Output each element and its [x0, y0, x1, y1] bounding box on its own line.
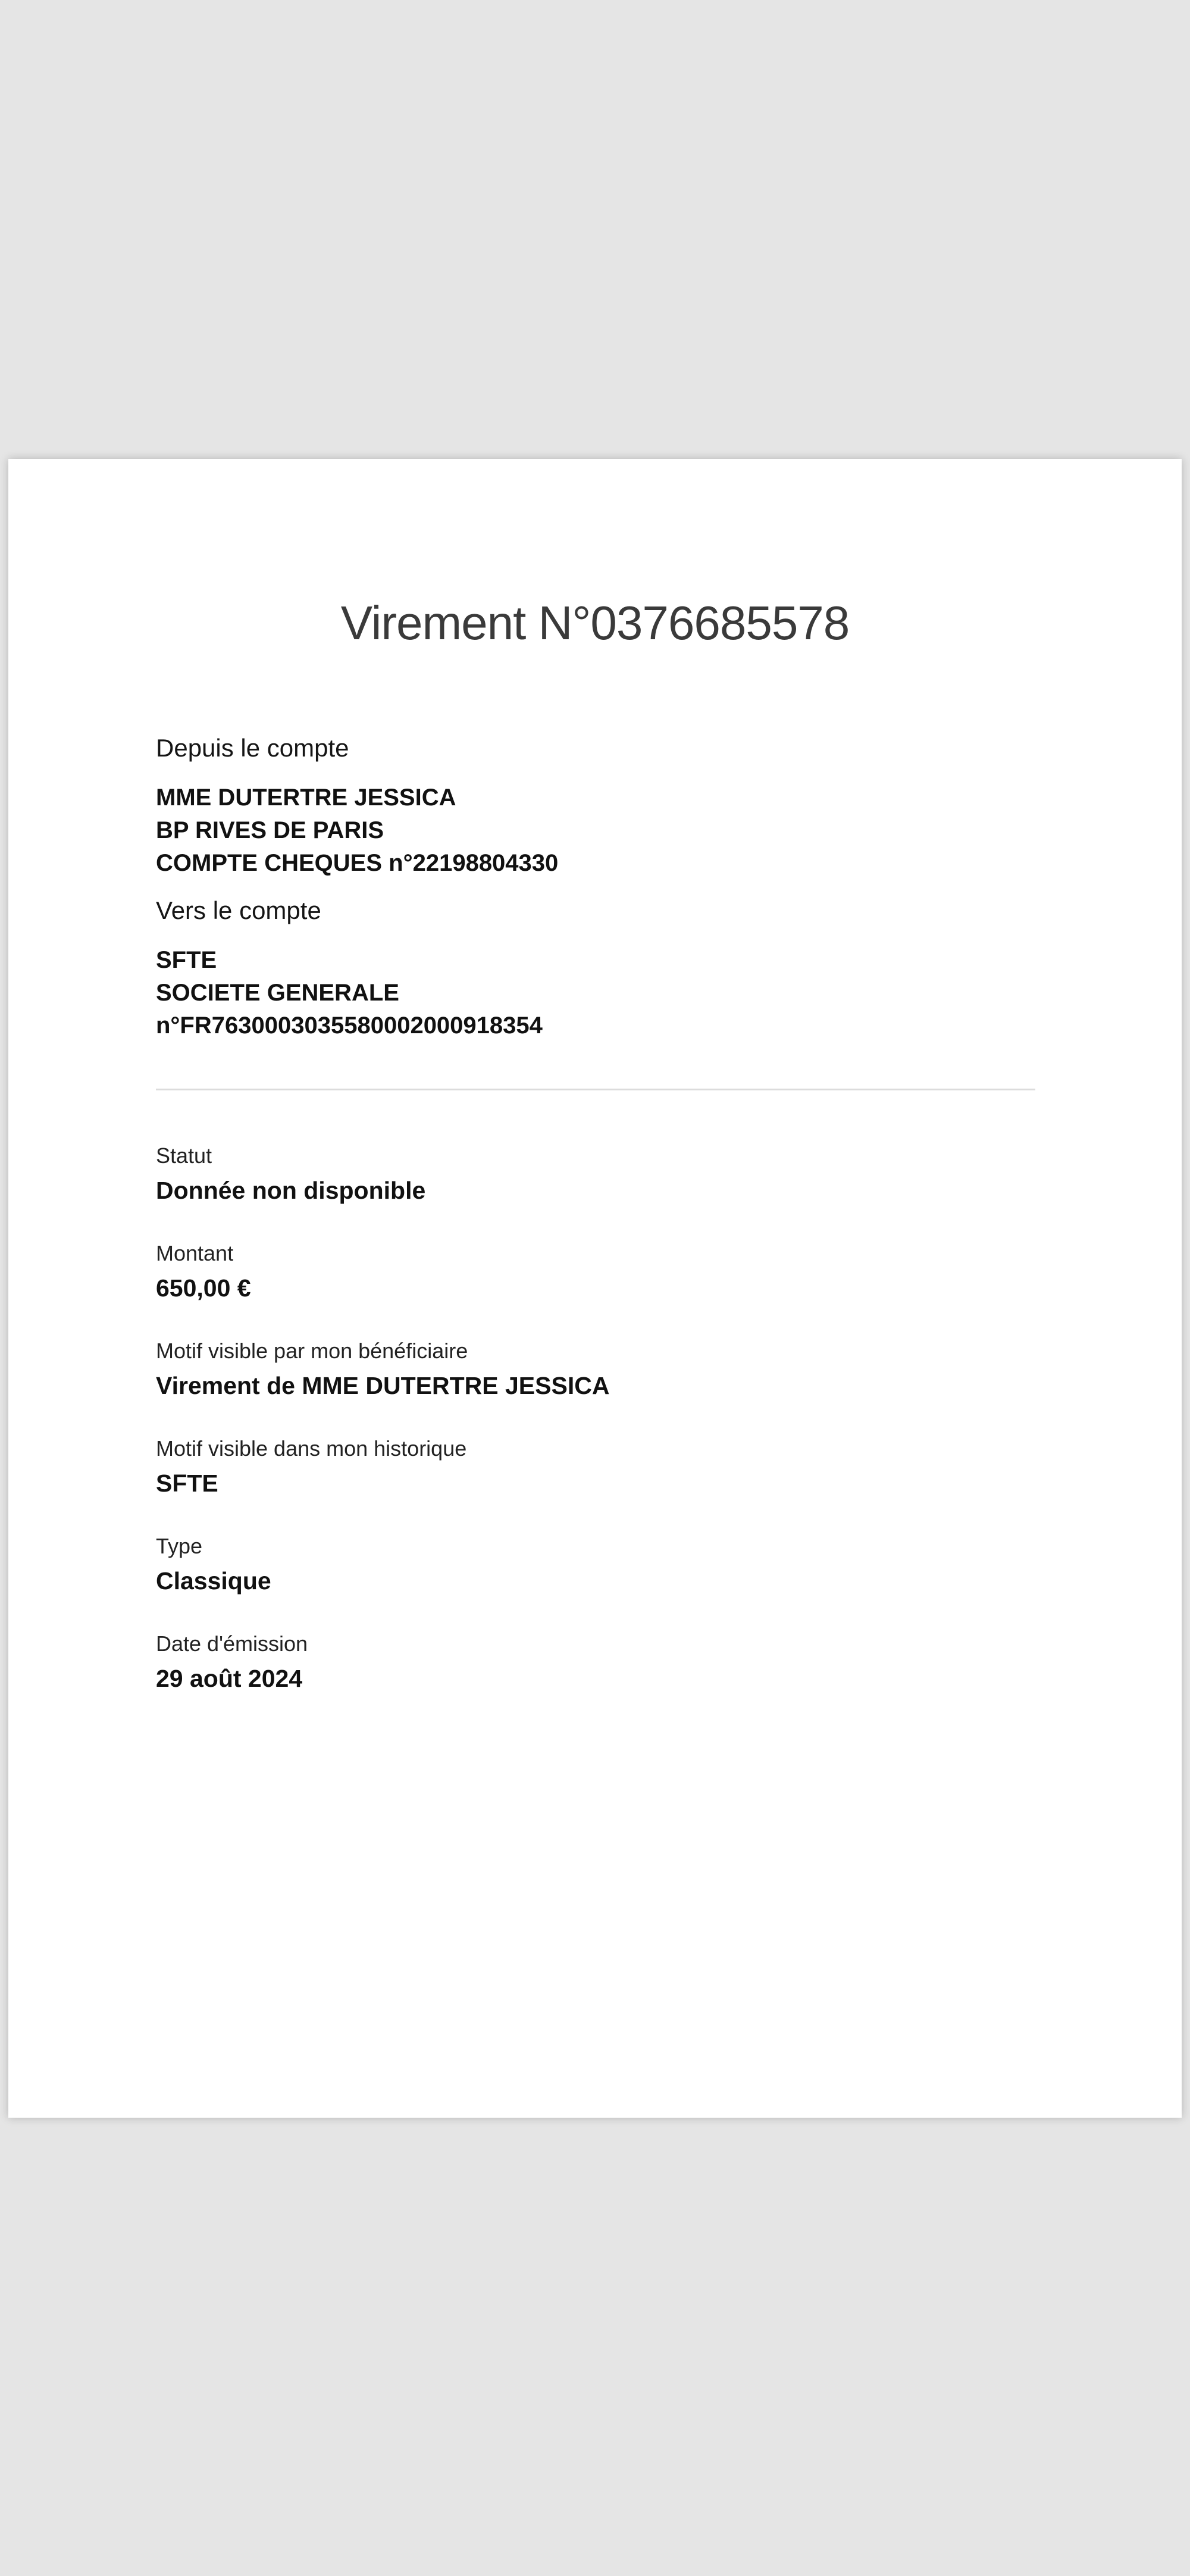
from-account-holder: MME DUTERTRE JESSICA [156, 781, 1035, 814]
detail-label: Motif visible dans mon historique [156, 1436, 1035, 1462]
section-divider [156, 1089, 1035, 1090]
detail-label: Montant [156, 1240, 1035, 1267]
detail-value: 29 août 2024 [156, 1663, 1035, 1694]
transfer-title: Virement N°0376685578 [8, 596, 1182, 651]
detail-status: Statut Donnée non disponible [156, 1143, 1035, 1206]
from-account-bank: BP RIVES DE PARIS [156, 814, 1035, 847]
transfer-content: Depuis le compte MME DUTERTRE JESSICA BP… [156, 733, 1035, 1728]
to-account-bank: SOCIETE GENERALE [156, 977, 1035, 1009]
transfer-details: Statut Donnée non disponible Montant 650… [156, 1143, 1035, 1694]
detail-value: SFTE [156, 1468, 1035, 1499]
detail-value: Virement de MME DUTERTRE JESSICA [156, 1370, 1035, 1401]
detail-value: 650,00 € [156, 1273, 1035, 1303]
detail-label: Type [156, 1533, 1035, 1559]
document-page: Virement N°0376685578 Depuis le compte M… [8, 459, 1182, 2118]
from-account-number: COMPTE CHEQUES n°22198804330 [156, 847, 1035, 880]
detail-amount: Montant 650,00 € [156, 1240, 1035, 1303]
to-account-heading: Vers le compte [156, 895, 1035, 926]
detail-value: Classique [156, 1565, 1035, 1596]
from-account-details: MME DUTERTRE JESSICA BP RIVES DE PARIS C… [156, 781, 1035, 880]
detail-label: Motif visible par mon bénéficiaire [156, 1338, 1035, 1364]
detail-type: Type Classique [156, 1533, 1035, 1596]
detail-label: Statut [156, 1143, 1035, 1169]
from-account-section: Depuis le compte MME DUTERTRE JESSICA BP… [156, 733, 1035, 880]
from-account-heading: Depuis le compte [156, 733, 1035, 764]
to-account-section: Vers le compte SFTE SOCIETE GENERALE n°F… [156, 895, 1035, 1042]
detail-history-reason: Motif visible dans mon historique SFTE [156, 1436, 1035, 1499]
detail-issue-date: Date d'émission 29 août 2024 [156, 1631, 1035, 1694]
to-account-details: SFTE SOCIETE GENERALE n°FR76300030355800… [156, 944, 1035, 1042]
detail-value: Donnée non disponible [156, 1175, 1035, 1206]
detail-label: Date d'émission [156, 1631, 1035, 1657]
to-account-holder: SFTE [156, 944, 1035, 977]
to-account-number: n°FR7630003035580002000918354 [156, 1009, 1035, 1042]
detail-beneficiary-reason: Motif visible par mon bénéficiaire Virem… [156, 1338, 1035, 1401]
